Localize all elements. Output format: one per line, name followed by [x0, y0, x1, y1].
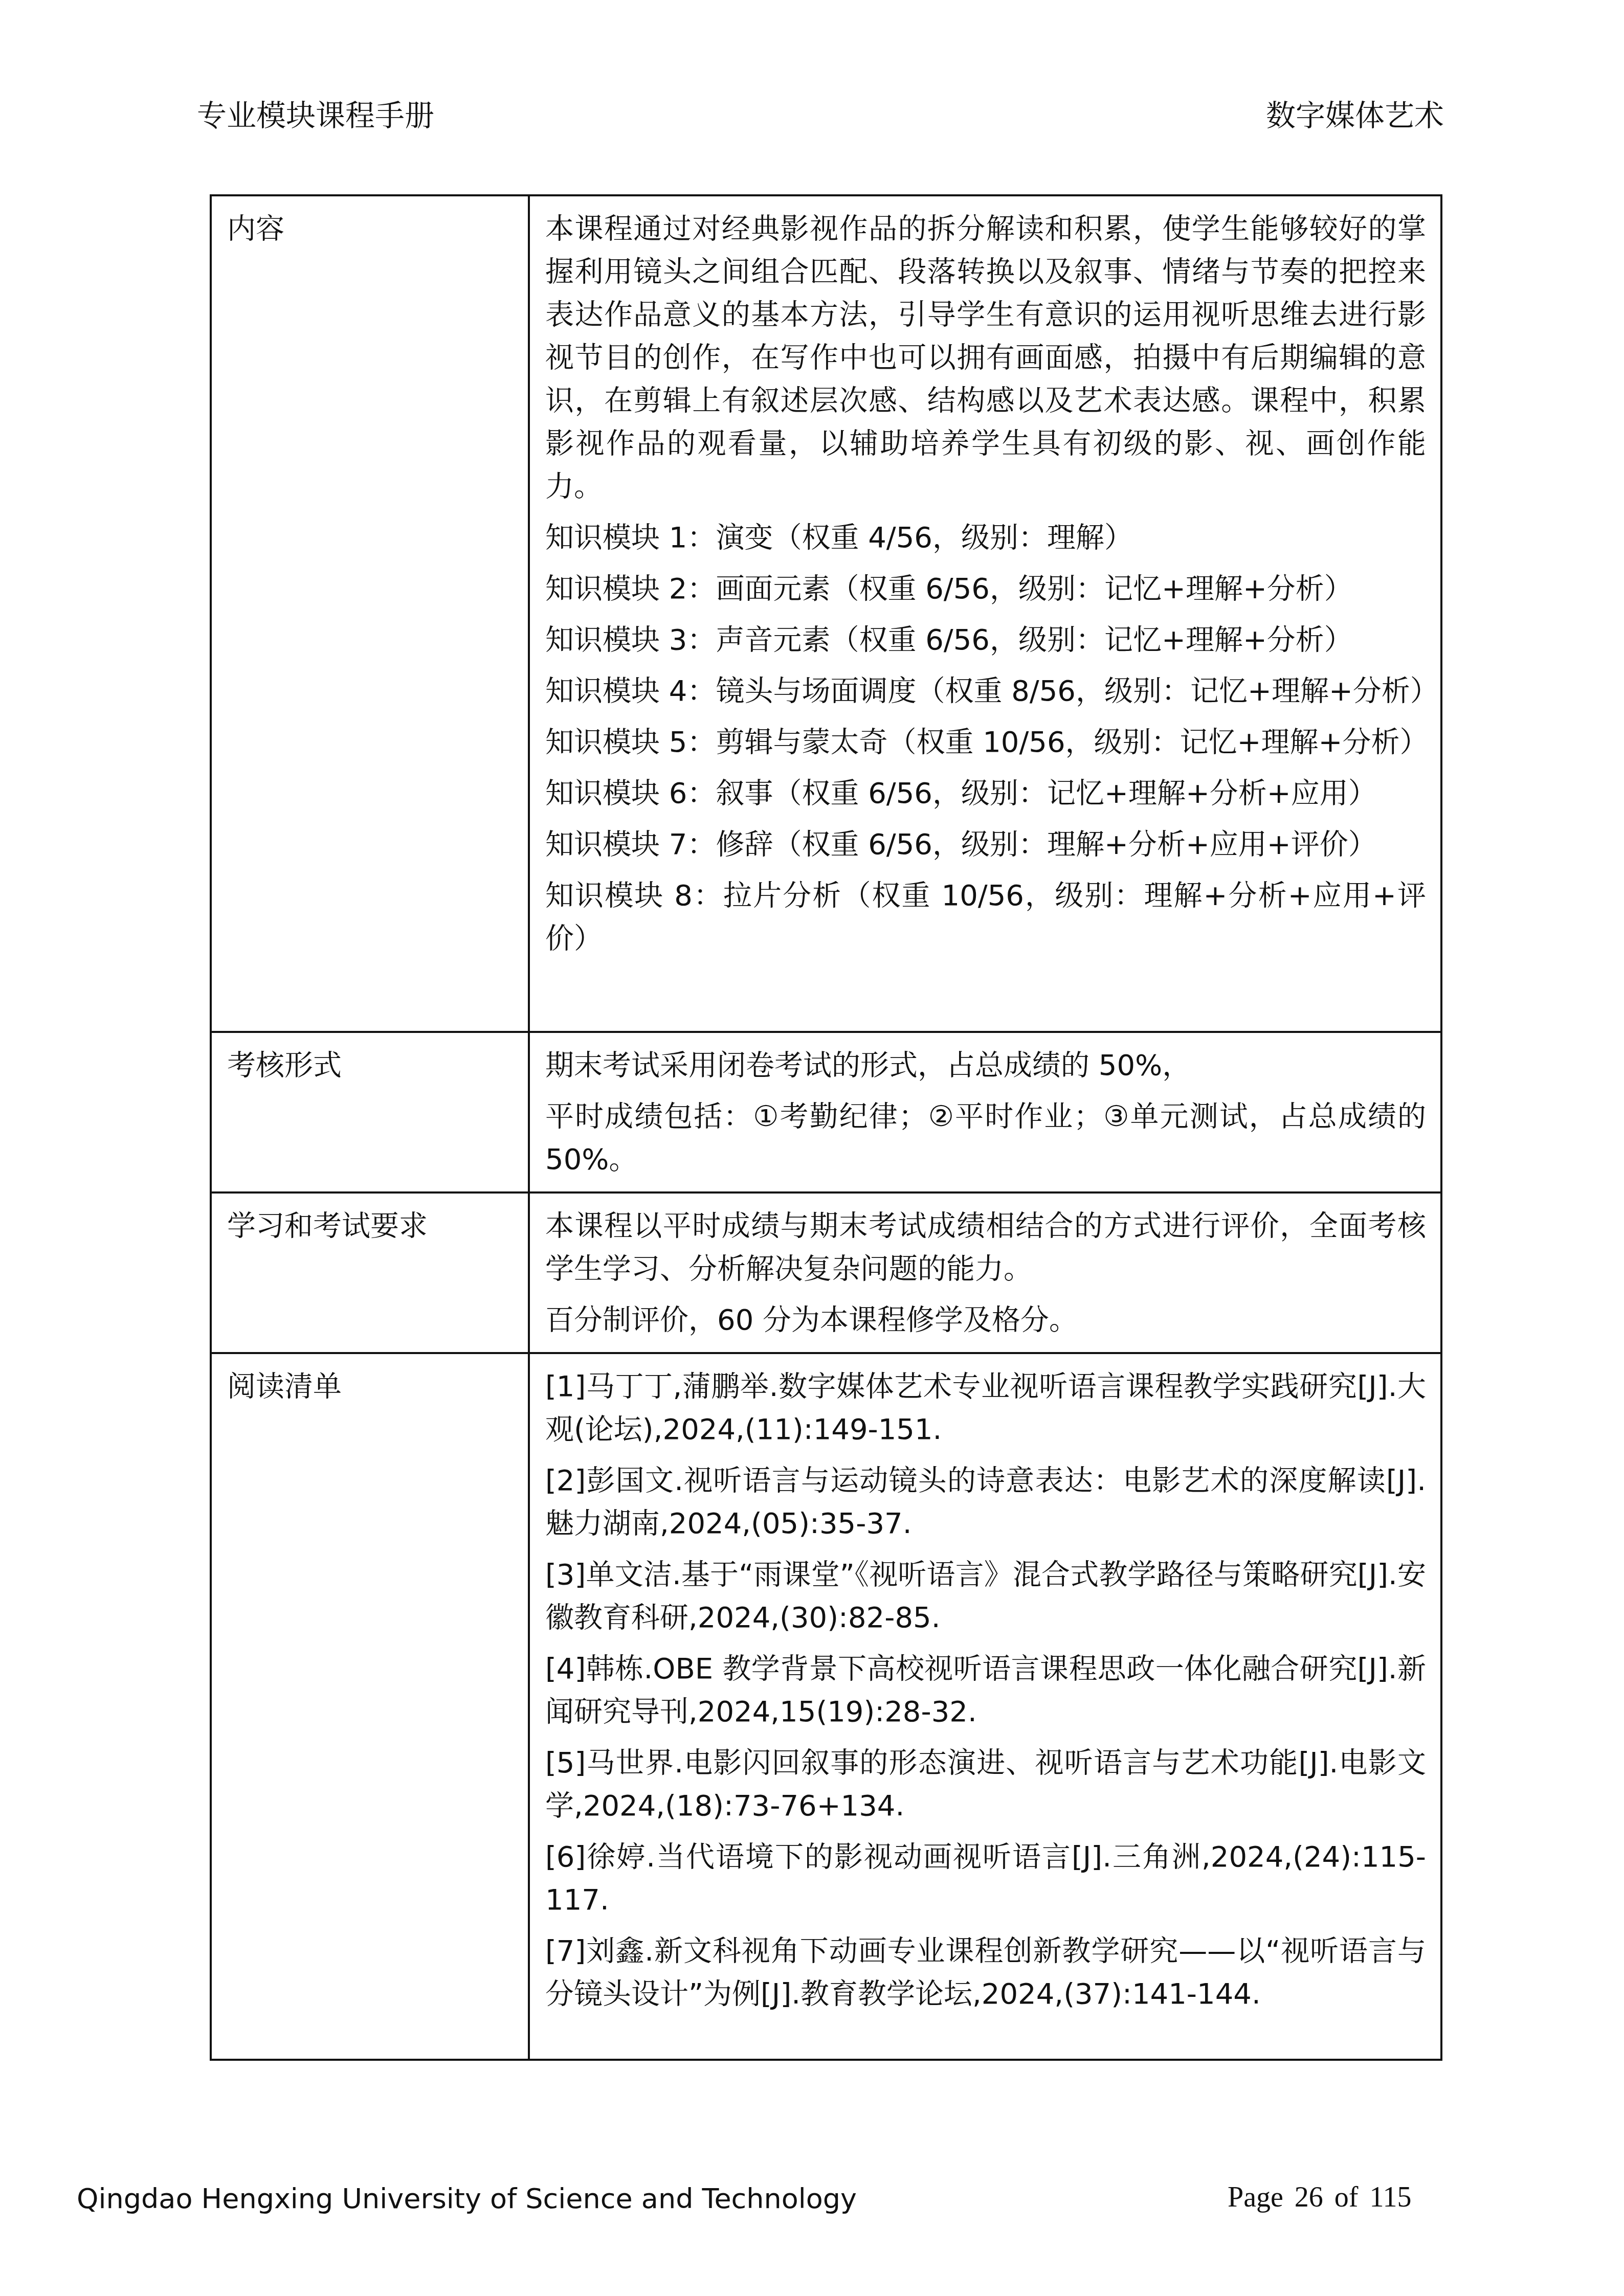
page-current: 26 [1295, 2181, 1323, 2213]
reading-item: [2]彭国文.视听语言与运动镜头的诗意表达：电影艺术的深度解读[J].魅力湖南,… [545, 1459, 1426, 1545]
row-value-content: 本课程通过对经典影视作品的拆分解读和积累，使学生能够较好的掌握利用镜头之间组合匹… [529, 195, 1441, 1032]
reading-item: [6]徐婷.当代语境下的影视动画视听语言[J].三角洲,2024,(24):11… [545, 1836, 1426, 1922]
row-label-assessment: 考核形式 [211, 1032, 529, 1192]
table-row-content: 内容 本课程通过对经典影视作品的拆分解读和积累，使学生能够较好的掌握利用镜头之间… [211, 195, 1441, 1032]
page-of: of [1334, 2181, 1359, 2213]
table-row-reading-list: 阅读清单 [1]马丁丁,蒲鹏举.数字媒体艺术专业视听语言课程教学实践研究[J].… [211, 1353, 1441, 2060]
course-info-table: 内容 本课程通过对经典影视作品的拆分解读和积累，使学生能够较好的掌握利用镜头之间… [210, 194, 1442, 2061]
reading-item: [4]韩栋.OBE 教学背景下高校视听语言课程思政一体化融合研究[J].新闻研究… [545, 1648, 1426, 1734]
table-row-assessment: 考核形式 期末考试采用闭卷考试的形式，占总成绩的 50%， 平时成绩包括：①考勤… [211, 1032, 1441, 1192]
header-handbook-title: 专业模块课程手册 [197, 95, 434, 136]
reading-item: [3]单文洁.基于“雨课堂”《视听语言》混合式教学路径与策略研究[J].安徽教育… [545, 1554, 1426, 1639]
knowledge-module-5: 知识模块 5：剪辑与蒙太奇（权重 10/56，级别：记忆+理解+分析） [545, 721, 1426, 764]
knowledge-module-3: 知识模块 3：声音元素（权重 6/56，级别：记忆+理解+分析） [545, 619, 1426, 662]
assessment-regular-grade: 平时成绩包括：①考勤纪律；②平时作业；③单元测试，占总成绩的 50%。 [545, 1095, 1426, 1181]
knowledge-module-6: 知识模块 6：叙事（权重 6/56，级别：记忆+理解+分析+应用） [545, 772, 1426, 815]
header-major-name: 数字媒体艺术 [1266, 95, 1444, 136]
requirements-pass-score: 百分制评价，60 分为本课程修学及格分。 [545, 1299, 1426, 1342]
requirements-evaluation: 本课程以平时成绩与期末考试成绩相结合的方式进行评价，全面考核学生学习、分析解决复… [545, 1205, 1426, 1291]
knowledge-module-7: 知识模块 7：修辞（权重 6/56，级别：理解+分析+应用+评价） [545, 823, 1426, 866]
assessment-final-exam: 期末考试采用闭卷考试的形式，占总成绩的 50%， [545, 1044, 1426, 1087]
knowledge-module-2: 知识模块 2：画面元素（权重 6/56，级别：记忆+理解+分析） [545, 568, 1426, 611]
reading-item: [7]刘鑫.新文科视角下动画专业课程创新教学研究——以“视听语言与分镜头设计”为… [545, 1930, 1426, 2016]
table-row-requirements: 学习和考试要求 本课程以平时成绩与期末考试成绩相结合的方式进行评价，全面考核学生… [211, 1192, 1441, 1353]
footer-institution: Qingdao Hengxing University of Science a… [77, 2181, 857, 2217]
page-total: 115 [1370, 2181, 1412, 2213]
reading-item: [1]马丁丁,蒲鹏举.数字媒体艺术专业视听语言课程教学实践研究[J].大观(论坛… [545, 1365, 1426, 1451]
row-value-reading-list: [1]马丁丁,蒲鹏举.数字媒体艺术专业视听语言课程教学实践研究[J].大观(论坛… [529, 1353, 1441, 2060]
footer-page-number: Page26of115 [1228, 2179, 1422, 2215]
row-value-assessment: 期末考试采用闭卷考试的形式，占总成绩的 50%， 平时成绩包括：①考勤纪律；②平… [529, 1032, 1441, 1192]
content-intro: 本课程通过对经典影视作品的拆分解读和积累，使学生能够较好的掌握利用镜头之间组合匹… [545, 208, 1426, 508]
knowledge-module-1: 知识模块 1：演变（权重 4/56，级别：理解） [545, 516, 1426, 559]
row-label-content: 内容 [211, 195, 529, 1032]
knowledge-module-8: 知识模块 8：拉片分析（权重 10/56，级别：理解+分析+应用+评价） [545, 874, 1426, 960]
reading-item: [5]马世界.电影闪回叙事的形态演进、视听语言与艺术功能[J].电影文学,202… [545, 1742, 1426, 1828]
row-label-requirements: 学习和考试要求 [211, 1192, 529, 1353]
row-value-requirements: 本课程以平时成绩与期末考试成绩相结合的方式进行评价，全面考核学生学习、分析解决复… [529, 1192, 1441, 1353]
knowledge-module-4: 知识模块 4：镜头与场面调度（权重 8/56，级别：记忆+理解+分析） [545, 670, 1426, 713]
row-label-reading-list: 阅读清单 [211, 1353, 529, 2060]
page-word: Page [1228, 2181, 1283, 2213]
